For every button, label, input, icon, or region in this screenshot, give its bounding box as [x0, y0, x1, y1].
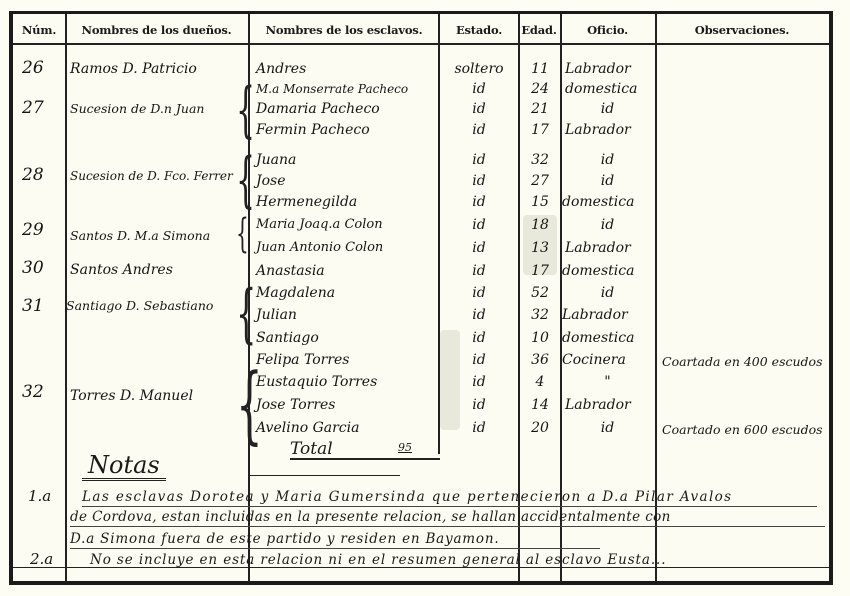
slave-name: Juan Antonio Colon [256, 240, 383, 256]
note-line: de Cordova, estan incluidas en la presen… [70, 508, 825, 527]
owner-name: Sucesion de D. Fco. Ferrer [70, 168, 233, 184]
note-line: No se incluye en esta relacion ni en el … [90, 551, 820, 569]
group-num: 27 [22, 100, 44, 116]
oficio: id [560, 101, 655, 117]
observacion: Coartada en 400 escudos [662, 354, 822, 370]
estado: soltero [440, 61, 518, 77]
slave-name: Juana [256, 152, 296, 168]
edad: 4 [520, 374, 560, 390]
note-marker: 1.a [28, 488, 51, 504]
oficio: domestica [562, 263, 634, 279]
oficio: domestica [565, 81, 637, 97]
owner-name: Torres D. Manuel [70, 388, 193, 404]
edad: 24 [520, 81, 560, 97]
ledger-page: Núm. Nombres de los dueños. Nombres de l… [0, 0, 850, 596]
observacion: Coartado en 600 escudos [662, 422, 823, 438]
slave-name: Felipa Torres [256, 352, 349, 368]
slave-name: Avelino Garcia [256, 420, 359, 436]
oficio: id [560, 285, 655, 301]
header-owners: Nombres de los dueños. [65, 19, 248, 41]
oficio: Labrador [565, 122, 631, 138]
edad: 32 [520, 307, 560, 323]
oficio: Labrador [565, 397, 631, 413]
slave-name: Fermin Pacheco [256, 122, 370, 138]
group-num: 32 [22, 384, 44, 400]
oficio: id [560, 173, 655, 189]
owner-name: Ramos D. Patricio [70, 61, 197, 77]
header-rule [13, 43, 829, 45]
note-line: Las esclavas Dorotea y Maria Gumersinda … [82, 488, 817, 507]
header-oficio: Oficio. [560, 19, 655, 41]
oficio: Cocinera [562, 352, 626, 368]
owner-name: Santos Andres [70, 262, 173, 278]
edad: 52 [520, 285, 560, 301]
note-line: D.a Simona fuera de este partido y resid… [70, 530, 600, 549]
edad: 36 [520, 352, 560, 368]
brace-icon: { [236, 80, 255, 140]
estado: id [440, 152, 518, 168]
estado: id [440, 217, 518, 233]
header-slaves: Nombres de los esclavos. [248, 19, 440, 41]
brace-icon: { [236, 214, 249, 254]
slave-name: Damaria Pacheco [256, 101, 380, 117]
edad: 18 [520, 217, 560, 233]
slave-name: Anastasia [256, 263, 325, 279]
estado: id [440, 352, 518, 368]
estado: id [440, 330, 518, 346]
estado: id [440, 263, 518, 279]
estado: id [440, 240, 518, 256]
oficio: domestica [562, 330, 634, 346]
slave-name: Julian [256, 307, 297, 323]
slave-name: Santiago [256, 330, 319, 346]
oficio: Labrador [565, 61, 631, 77]
slave-name: Magdalena [256, 285, 335, 301]
slave-name: Jose Torres [256, 397, 336, 413]
owner-name: Sucesion de D.n Juan [70, 101, 205, 117]
notes-rule [250, 475, 400, 476]
edad: 17 [520, 122, 560, 138]
group-num: 31 [22, 298, 44, 314]
total-value: 95 [398, 440, 412, 456]
estado: id [440, 420, 518, 436]
edad: 13 [520, 240, 560, 256]
edad: 17 [520, 263, 560, 279]
header-num: Núm. [13, 19, 65, 41]
oficio: domestica [562, 194, 634, 210]
total-label: Total [290, 440, 333, 459]
group-num: 26 [22, 60, 44, 76]
note-marker: 2.a [30, 551, 53, 567]
estado: id [440, 101, 518, 117]
group-num: 30 [22, 260, 44, 276]
header-edad: Edad. [518, 19, 560, 41]
edad: 15 [520, 194, 560, 210]
estado: id [440, 374, 518, 390]
slave-name: Jose [256, 173, 286, 189]
edad: 20 [520, 420, 560, 436]
edad: 14 [520, 397, 560, 413]
header-estado: Estado. [440, 19, 518, 41]
header-observaciones: Observaciones. [655, 19, 829, 41]
edad: 10 [520, 330, 560, 346]
oficio: Labrador [565, 240, 631, 256]
oficio: id [560, 152, 655, 168]
edad: 21 [520, 101, 560, 117]
oficio: id [560, 217, 655, 233]
estado: id [440, 122, 518, 138]
brace-icon: { [236, 150, 255, 210]
estado: id [440, 194, 518, 210]
group-num: 28 [22, 167, 44, 183]
oficio: id [560, 420, 655, 436]
notes-title: Notas [82, 452, 166, 481]
slave-name: Hermenegilda [256, 194, 357, 210]
estado: id [440, 285, 518, 301]
group-num: 29 [22, 222, 44, 238]
owner-name: Santos D. M.a Simona [70, 228, 210, 244]
estado: id [440, 307, 518, 323]
estado: id [440, 397, 518, 413]
slave-name: M.a Monserrate Pacheco [256, 81, 408, 97]
brace-icon: { [236, 282, 256, 346]
slave-name: Maria Joaq.a Colon [256, 217, 383, 233]
edad: 32 [520, 152, 560, 168]
estado: id [440, 173, 518, 189]
edad: 11 [520, 61, 560, 77]
edad: 27 [520, 173, 560, 189]
oficio: Labrador [562, 307, 628, 323]
owner-name: Santiago D. Sebastiano [66, 298, 213, 314]
estado: id [440, 81, 518, 97]
slave-name: Andres [256, 61, 306, 77]
slave-name: Eustaquio Torres [256, 374, 377, 390]
oficio: " [560, 374, 655, 390]
